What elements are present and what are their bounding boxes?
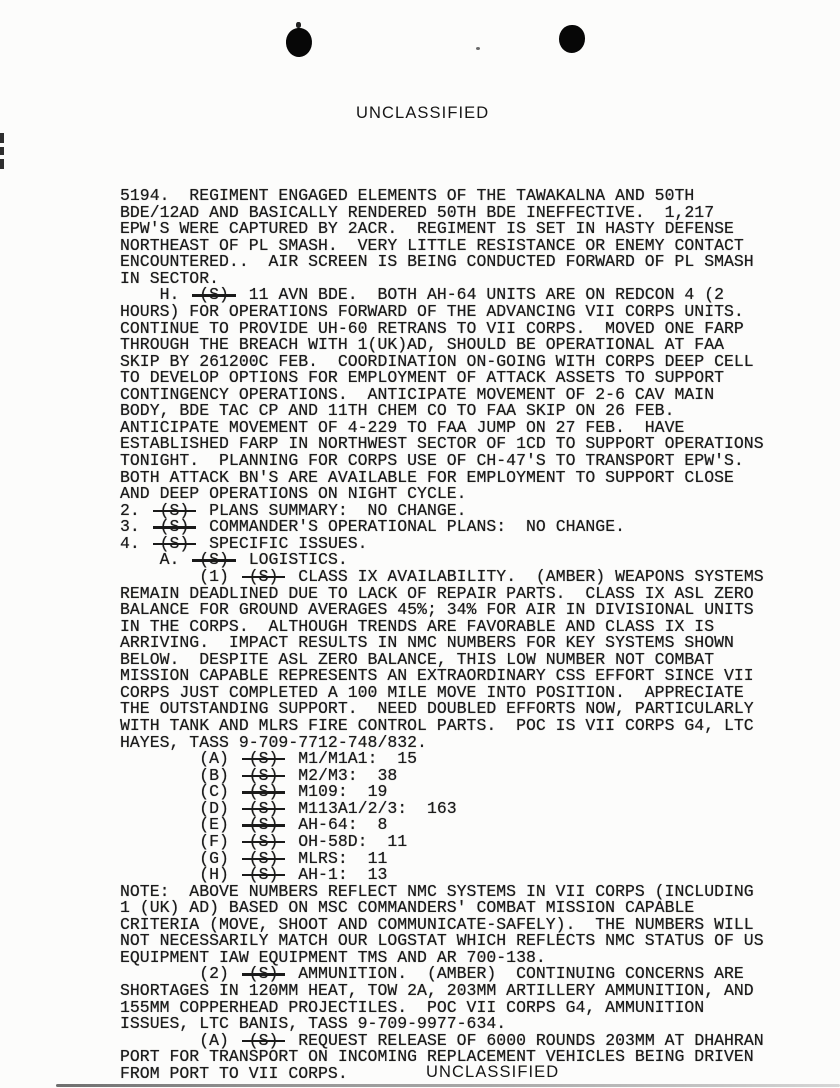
bottom-scan-artifact: [56, 1084, 840, 1088]
classification-banner-bottom: UNCLASSIFIED: [426, 1063, 559, 1082]
page-edge-mark: [0, 147, 4, 155]
struck-classification-marker: (S): [249, 569, 279, 586]
struck-classification-marker: (S): [249, 1033, 279, 1050]
hole-punch-mark-left: [285, 27, 313, 58]
document-body-text: 5194. REGIMENT ENGAGED ELEMENTS OF THE T…: [120, 188, 764, 1082]
scan-speck: [476, 47, 480, 50]
scan-speck: [296, 22, 301, 28]
document-page: UNCLASSIFIED 5194. REGIMENT ENGAGED ELEM…: [0, 0, 840, 1088]
struck-classification-marker: (S): [160, 536, 190, 553]
struck-classification-marker: (S): [249, 966, 279, 983]
hole-punch-mark-right: [559, 25, 585, 53]
struck-classification-marker: (S): [249, 867, 279, 884]
page-edge-mark: [0, 159, 4, 169]
classification-banner-top: UNCLASSIFIED: [356, 104, 489, 123]
struck-classification-marker: (S): [199, 552, 229, 569]
page-edge-mark: [0, 133, 4, 143]
struck-classification-marker: (S): [199, 287, 229, 304]
